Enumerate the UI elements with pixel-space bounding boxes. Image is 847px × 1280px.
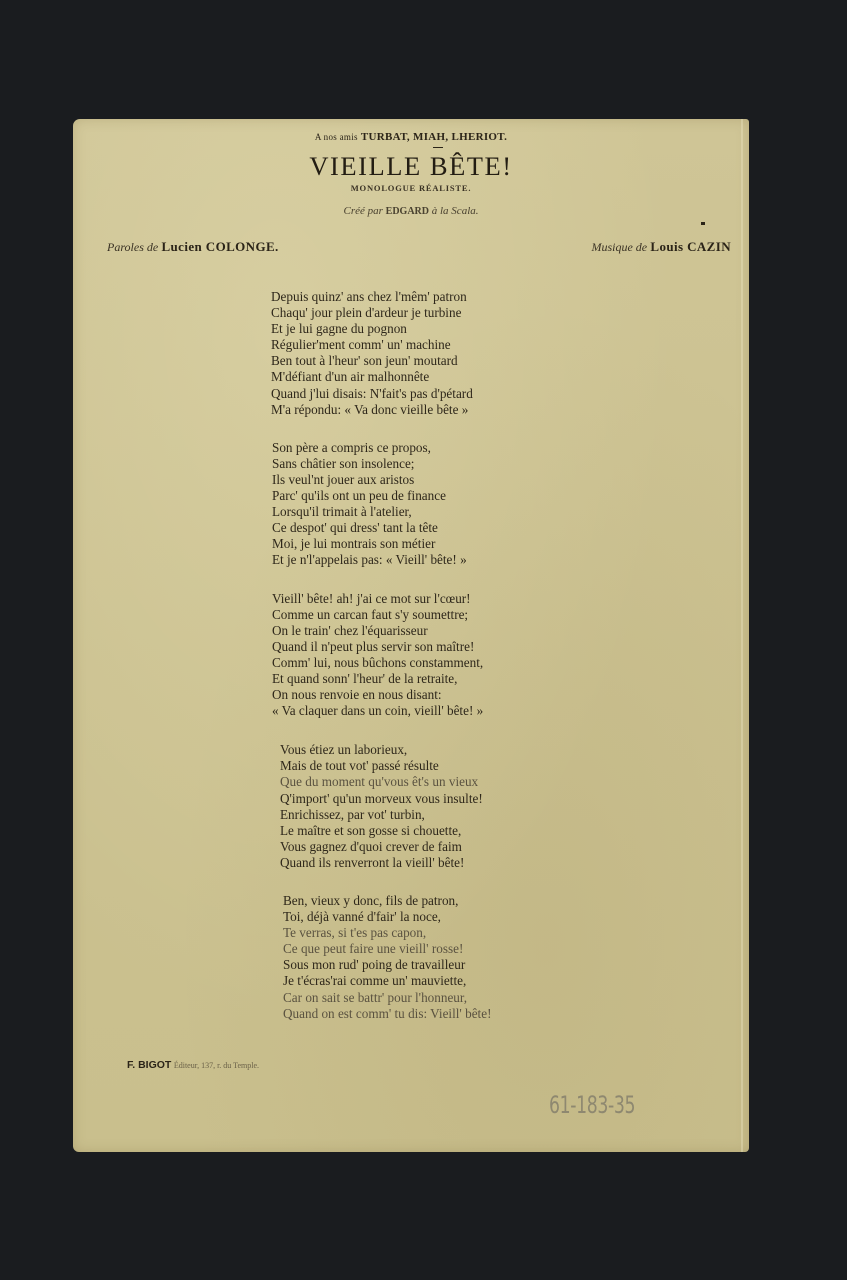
poem-line: Vous gagnez d'quoi crever de faim (280, 839, 571, 855)
poem-line: Ils veul'nt jouer aux aristos (272, 472, 571, 488)
stanza-5: Ben, vieux y donc, fils de patron, Toi, … (271, 893, 571, 1022)
poem-line: Ben, vieux y donc, fils de patron, (283, 893, 571, 909)
poem-body: Depuis quinz' ans chez l'mêm' patron Cha… (271, 289, 571, 1044)
credits: Paroles de Lucien COLONGE. Musique de Lo… (107, 239, 731, 257)
poem-line: Mais de tout vot' passé résulte (280, 758, 571, 774)
poem-line: Comme un carcan faut s'y soumettre; (272, 607, 571, 623)
poem-line: On le train' chez l'équarisseur (272, 623, 571, 639)
music-label: Musique de (591, 240, 647, 254)
poem-line: Régulier'ment comm' un' machine (271, 337, 571, 353)
lyrics-author: Lucien COLONGE. (161, 239, 278, 254)
poem-line: Quand ils renverront la vieill' bête! (280, 855, 571, 871)
poem-line: Sans châtier son insolence; (272, 456, 571, 472)
poem-line: Lorsqu'il trimait à l'atelier, (272, 504, 571, 520)
music-author: Louis CAZIN (650, 239, 731, 254)
poem-line: On nous renvoie en nous disant: (272, 687, 571, 703)
poem-line: Car on sait se battr' pour l'honneur, (283, 990, 571, 1006)
publisher-name: F. BIGOT (127, 1059, 171, 1071)
creation-prefix: Créé par (343, 205, 382, 217)
creation-note: Créé par EDGARD à la Scala. (73, 205, 749, 217)
poem-line: Parc' qu'ils ont un peu de finance (272, 488, 571, 504)
poem-line: Q'import' qu'un morveux vous insulte! (280, 791, 571, 807)
poem-line: Vous étiez un laborieux, (280, 742, 571, 758)
poem-line: Toi, déjà vanné d'fair' la noce, (283, 909, 571, 925)
lyrics-credit: Paroles de Lucien COLONGE. (107, 239, 279, 255)
poem-line: Je t'écras'rai comme un' mauviette, (283, 973, 571, 989)
subtitle: MONOLOGUE RÉALISTE. (73, 183, 749, 193)
dedication: A nos amis TURBAT, MIAH, LHERIOT. (73, 131, 749, 143)
poem-line: Depuis quinz' ans chez l'mêm' patron (271, 289, 571, 305)
lyrics-label: Paroles de (107, 240, 158, 254)
stanza-2: Son père a compris ce propos, Sans châti… (271, 440, 571, 569)
paper-blemish (701, 222, 705, 225)
poem-line: M'a répondu: « Va donc vieille bête » (271, 402, 571, 418)
page-title: VIEILLE BÊTE! (66, 152, 756, 182)
stanza-3: Vieill' bête! ah! j'ai ce mot sur l'cœur… (271, 591, 571, 720)
poem-line: Et je n'l'appelais pas: « Vieill' bête! … (272, 552, 571, 568)
poem-line: Ce despot' qui dress' tant la tête (272, 520, 571, 536)
poem-line: Chaqu' jour plein d'ardeur je turbine (271, 305, 571, 321)
stanza-4: Vous étiez un laborieux, Mais de tout vo… (271, 742, 571, 871)
poem-line: Et je lui gagne du pognon (271, 321, 571, 337)
poem-line: Et quand sonn' l'heur' de la retraite, (272, 671, 571, 687)
title-divider (433, 147, 443, 148)
poem-line: Ce que peut faire une vieill' rosse! (283, 941, 571, 957)
poem-line: Quand on est comm' tu dis: Vieill' bête! (283, 1006, 571, 1022)
poem-line: Le maître et son gosse si chouette, (280, 823, 571, 839)
poem-line: Te verras, si t'es pas capon, (283, 925, 571, 941)
poem-line: « Va claquer dans un coin, vieill' bête!… (272, 703, 571, 719)
dedication-prefix: A nos amis (315, 132, 358, 142)
dedication-names: TURBAT, MIAH, LHERIOT. (361, 131, 507, 143)
stanza-1: Depuis quinz' ans chez l'mêm' patron Cha… (271, 289, 571, 418)
poem-line: Quand il n'peut plus servir son maître! (272, 639, 571, 655)
poem-line: Son père a compris ce propos, (272, 440, 571, 456)
poem-line: Sous mon rud' poing de travailleur (283, 957, 571, 973)
paper-fold (741, 119, 743, 1152)
poem-line: Ben tout à l'heur' son jeun' moutard (271, 353, 571, 369)
poem-line: Enrichissez, par vot' turbin, (280, 807, 571, 823)
archive-number: 61-183-35 (549, 1091, 635, 1119)
poem-line: Moi, je lui montrais son métier (272, 536, 571, 552)
music-credit: Musique de Louis CAZIN (591, 239, 731, 255)
publisher-address: Éditeur, 137, r. du Temple. (174, 1061, 259, 1070)
poem-line: Quand j'lui disais: N'fait's pas d'pétar… (271, 386, 571, 402)
poem-line: Vieill' bête! ah! j'ai ce mot sur l'cœur… (272, 591, 571, 607)
poem-line: M'défiant d'un air malhonnête (271, 369, 571, 385)
poem-line: Que du moment qu'vous êt's un vieux (280, 774, 571, 790)
creation-performer: EDGARD (386, 206, 429, 217)
publisher-imprint: F. BIGOT Éditeur, 137, r. du Temple. (127, 1059, 259, 1071)
creation-suffix: à la Scala. (432, 205, 479, 217)
poem-line: Comm' lui, nous bûchons constamment, (272, 655, 571, 671)
document-page: A nos amis TURBAT, MIAH, LHERIOT. VIEILL… (73, 119, 749, 1152)
